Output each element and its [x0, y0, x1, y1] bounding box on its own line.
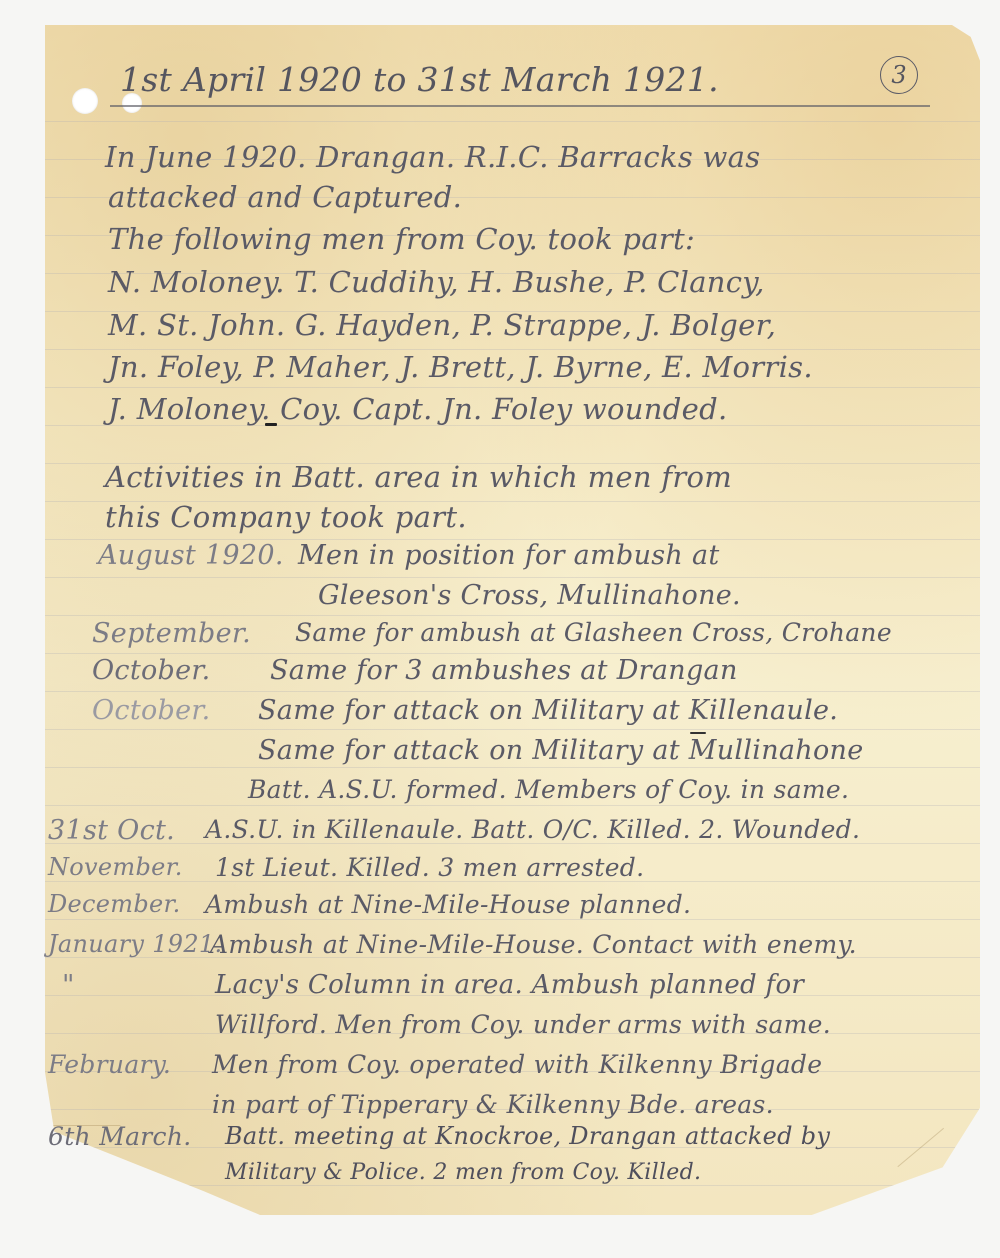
punch-hole: [72, 88, 98, 114]
ink-mark: [690, 732, 706, 734]
entry-text: 1st Lieut. Killed. 3 men arrested.: [215, 853, 644, 882]
entry-text: Same for attack on Military at Mullinaho…: [258, 735, 864, 766]
entry-text: Batt. A.S.U. formed. Members of Coy. in …: [248, 775, 849, 804]
text-line: In June 1920. Drangan. R.I.C. Barracks w…: [105, 140, 760, 174]
names-line: J. Moloney. Coy. Capt. Jn. Foley wounded…: [108, 392, 727, 426]
entry-date: February.: [48, 1050, 171, 1079]
entry-text: in part of Tipperary & Kilkenny Bde. are…: [212, 1090, 774, 1119]
entry-date: November.: [48, 853, 183, 881]
entry-text: Same for ambush at Glasheen Cross, Croha…: [295, 618, 892, 647]
entry-text: Men from Coy. operated with Kilkenny Bri…: [212, 1050, 822, 1079]
entry-date: 6th March.: [48, 1122, 192, 1151]
ditto-mark: ": [62, 970, 75, 1001]
text-line: The following men from Coy. took part:: [108, 222, 695, 256]
entry-date: August 1920.: [98, 540, 284, 571]
entry-text: Same for 3 ambushes at Drangan: [270, 655, 738, 686]
entry-text: Gleeson's Cross, Mullinahone.: [318, 580, 741, 611]
text-line: this Company took part.: [105, 500, 467, 534]
entry-text: Military & Police. 2 men from Coy. Kille…: [225, 1160, 701, 1185]
entry-date: October.: [92, 655, 211, 686]
entry-text: Lacy's Column in area. Ambush planned fo…: [215, 970, 804, 1000]
heading-underline: [110, 105, 930, 107]
text-line: attacked and Captured.: [108, 180, 462, 214]
entry-text: Batt. meeting at Knockroe, Drangan attac…: [225, 1122, 830, 1150]
entry-text: Same for attack on Military at Killenaul…: [258, 695, 838, 726]
names-line: N. Moloney. T. Cuddihy, H. Bushe, P. Cla…: [108, 265, 765, 299]
entry-text: Ambush at Nine-Mile-House planned.: [205, 890, 691, 919]
entry-text: Ambush at Nine-Mile-House. Contact with …: [210, 930, 857, 959]
entry-date: January 1921.: [48, 930, 222, 958]
entry-text: A.S.U. in Killenaule. Batt. O/C. Killed.…: [205, 815, 860, 844]
names-line: M. St. John. G. Hayden, P. Strappe, J. B…: [108, 308, 776, 342]
page-number-circled: 3: [880, 56, 918, 94]
entry-date: 31st Oct.: [48, 815, 175, 846]
names-line: Jn. Foley, P. Maher, J. Brett, J. Byrne,…: [108, 350, 813, 384]
entry-date: September.: [92, 618, 251, 649]
entry-text: Willford. Men from Coy. under arms with …: [215, 1010, 831, 1039]
text-line: Activities in Batt. area in which men fr…: [105, 460, 732, 494]
document-heading: 1st April 1920 to 31st March 1921.: [120, 60, 719, 99]
ink-mark: [265, 423, 277, 426]
entry-date: December.: [48, 890, 181, 918]
entry-date: October.: [92, 695, 211, 726]
entry-text: Men in position for ambush at: [298, 540, 720, 571]
